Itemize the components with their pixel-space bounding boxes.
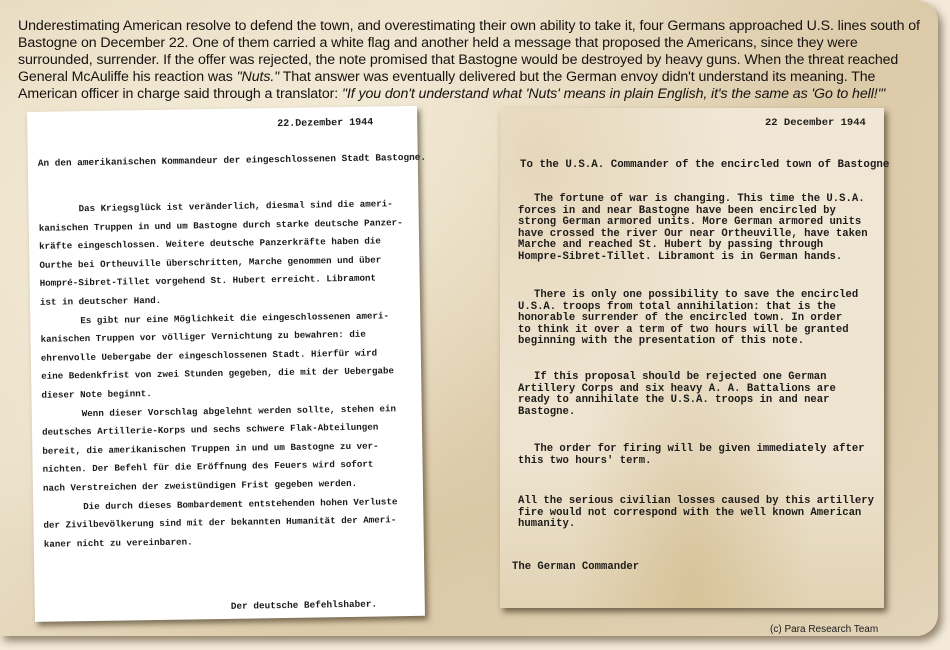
english-surrender-note: 22 December 1944 To the U.S.A. Commander…: [500, 108, 884, 608]
english-note-line: If this proposal should be rejected one …: [518, 372, 868, 384]
english-note-line: humanity.: [518, 519, 868, 531]
english-note-line: this two hours' term.: [518, 456, 868, 468]
translator-quote: "If you don't understand what 'Nuts' mea…: [342, 86, 885, 102]
english-note-address: To the U.S.A. Commander of the encircled…: [520, 160, 889, 172]
german-note-signature: Der deutsche Befehlshaber.: [231, 599, 377, 612]
german-note-body: Das Kriegsglück ist veränderlich, diesma…: [38, 198, 414, 557]
english-note-line: The fortune of war is changing. This tim…: [518, 194, 868, 206]
english-note-paragraph: The order for firing will be given immed…: [518, 444, 868, 467]
english-note-line: beginning with the presentation of this …: [518, 336, 868, 348]
english-note-line: All the serious civilian losses caused b…: [518, 496, 868, 508]
english-note-paragraph: The fortune of war is changing. This tim…: [518, 194, 868, 264]
english-note-paragraph: If this proposal should be rejected one …: [518, 372, 868, 418]
german-surrender-note: 22.Dezember 1944 An den amerikanischen K…: [27, 106, 425, 622]
english-note-line: Bastogne.: [518, 407, 868, 419]
english-note-line: There is only one possibility to save th…: [518, 290, 868, 302]
german-note-address: An den amerikanischen Kommandeur der ein…: [38, 152, 426, 169]
english-note-date: 22 December 1944: [765, 118, 866, 130]
nuts-quote: "Nuts.": [237, 69, 280, 85]
intro-paragraph: Underestimating American resolve to defe…: [18, 18, 930, 103]
copyright-credit: (c) Para Research Team: [770, 624, 878, 635]
german-note-date: 22.Dezember 1944: [277, 118, 373, 131]
english-note-line: Hompre-Sibret-Tillet. Libramont is in Ge…: [518, 252, 868, 264]
english-note-paragraph: There is only one possibility to save th…: [518, 290, 868, 348]
english-note-signature: The German Commander: [512, 562, 639, 574]
english-note-paragraph: All the serious civilian losses caused b…: [518, 496, 868, 531]
english-note-line: The order for firing will be given immed…: [518, 444, 868, 456]
